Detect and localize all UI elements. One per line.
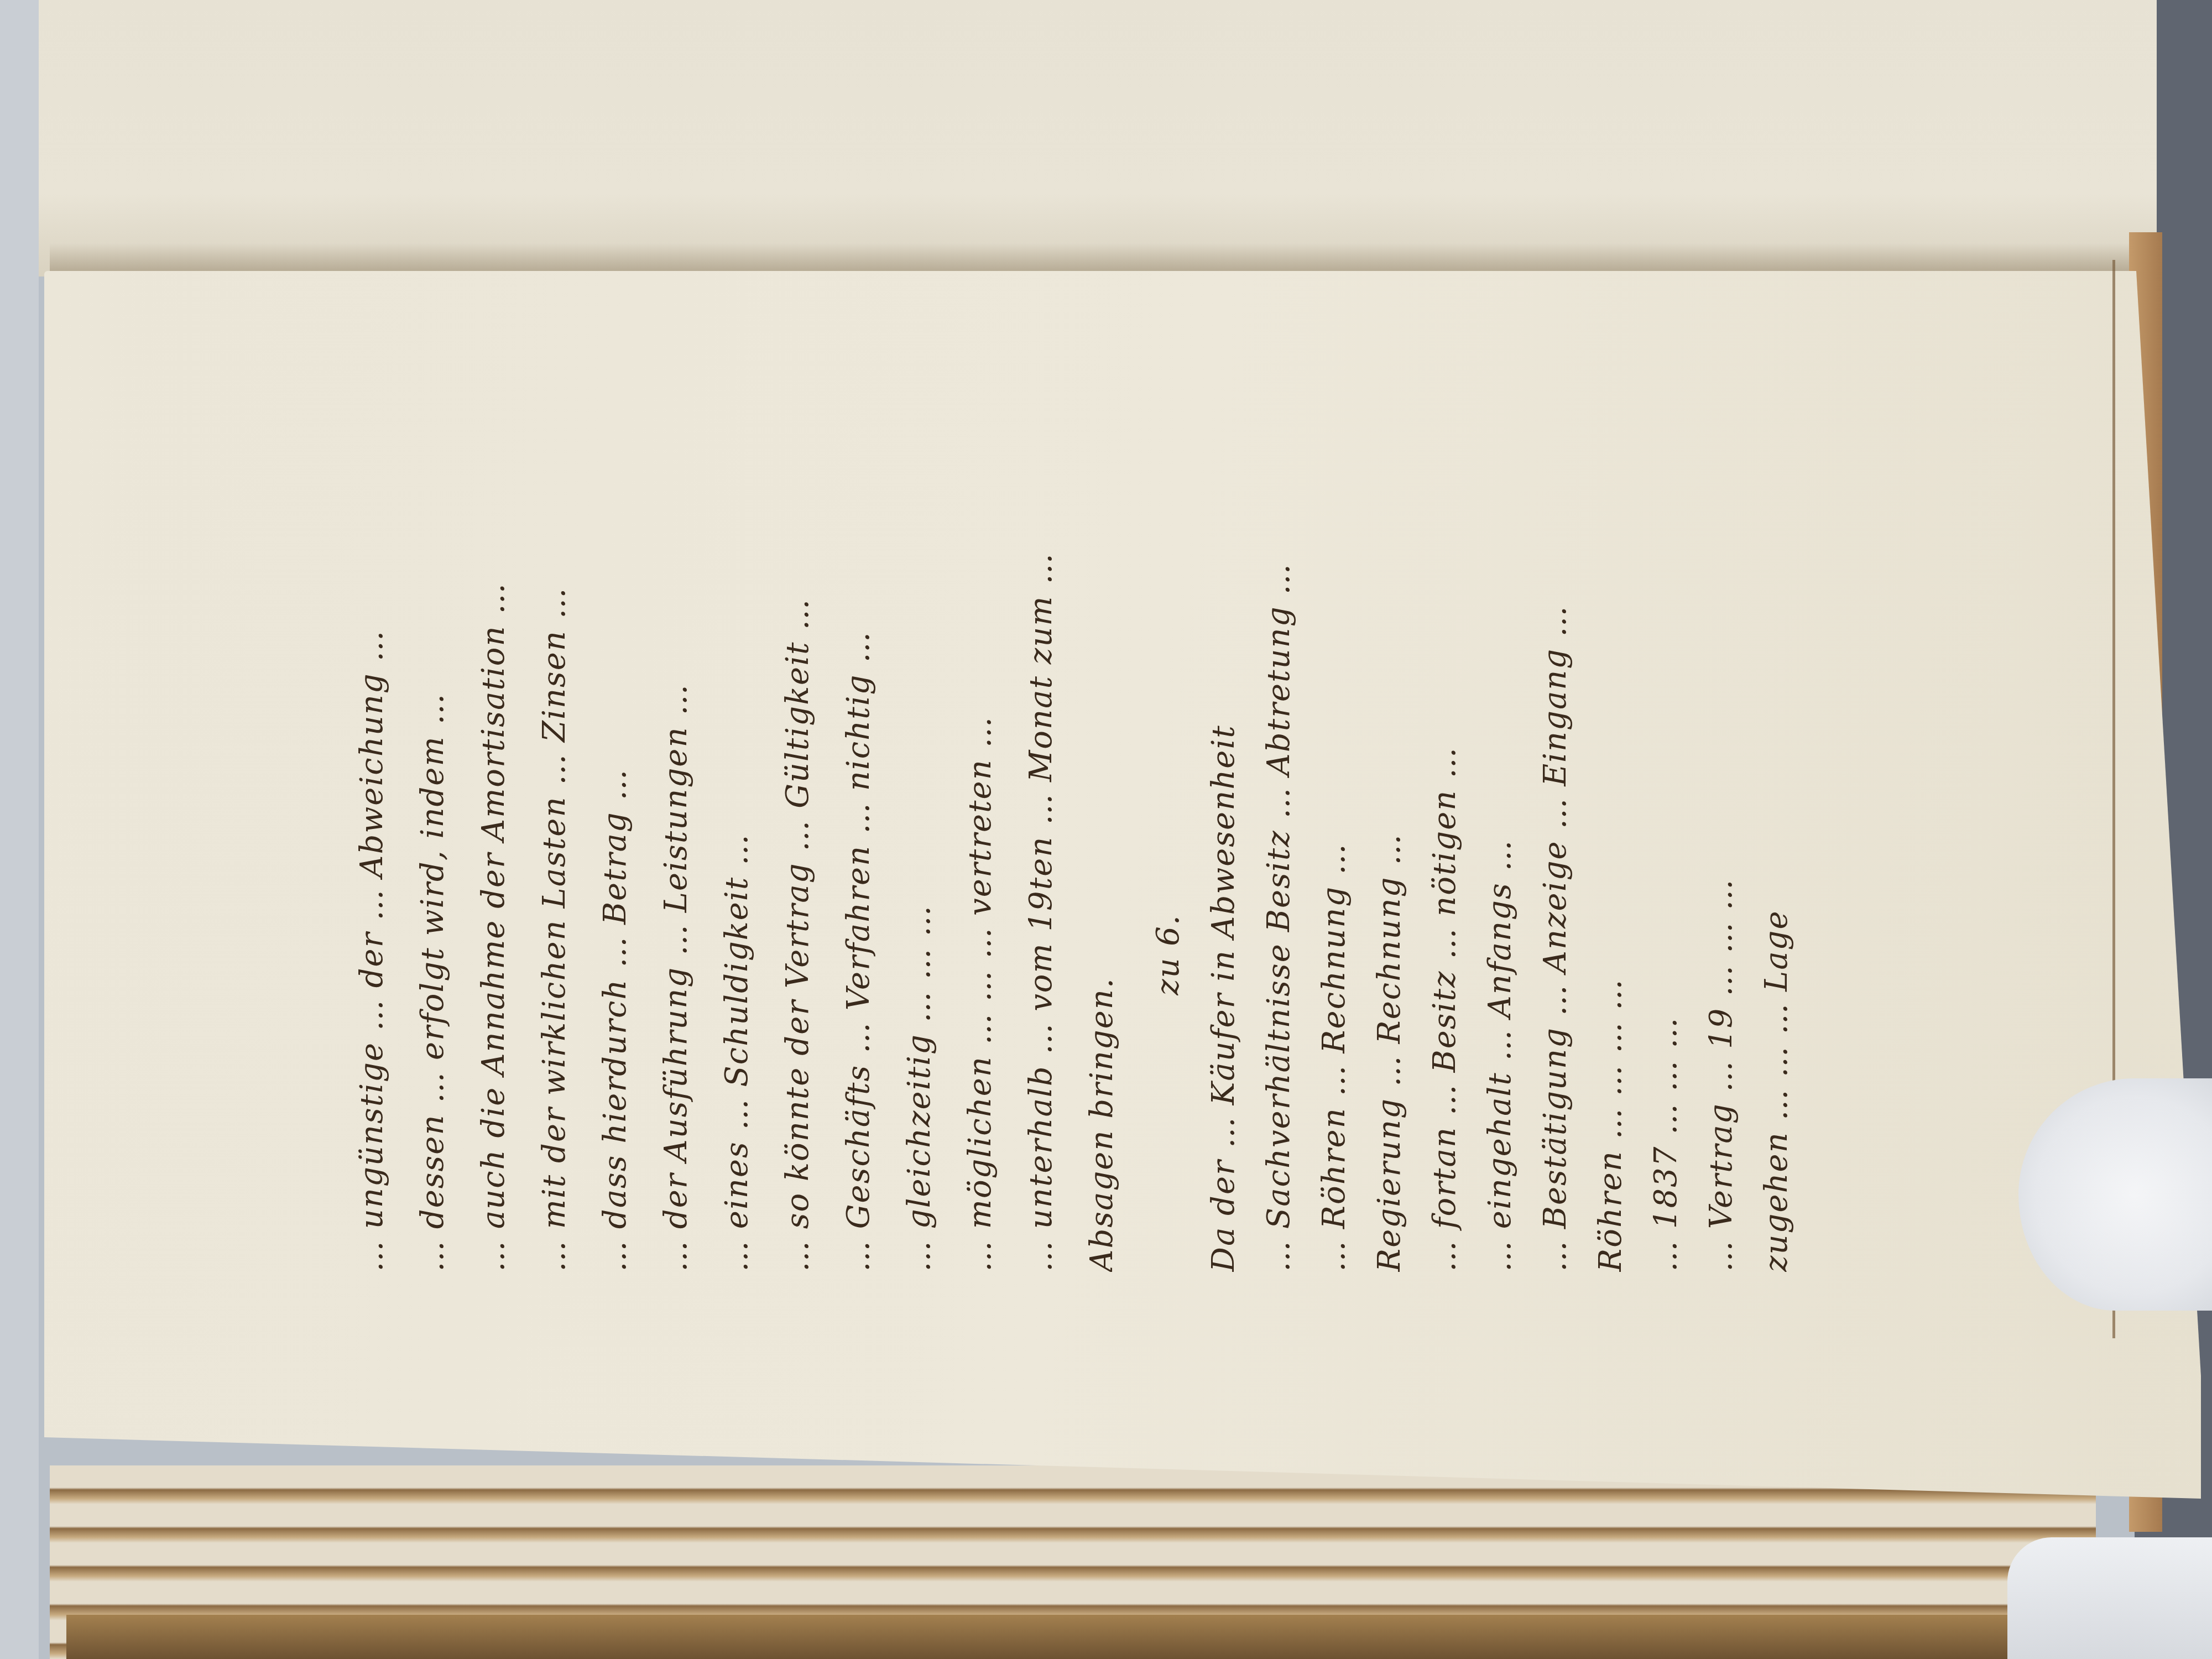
text-line: … möglichen … … … vertreten … <box>962 276 1001 1272</box>
section-heading: zu 6. <box>1150 774 1189 995</box>
text-line: … dass hierdurch … Betrag … <box>597 276 636 1272</box>
white-glove-lower <box>2007 1537 2212 1659</box>
text-line: … auch die Annahme der Amortisation … <box>476 276 514 1272</box>
gutter-shadow <box>50 243 2140 271</box>
text-line: … eingehalt … Anfangs … <box>1482 276 1521 1272</box>
text-line: zugehen … … … Lage <box>1759 276 1797 1272</box>
text-line: Röhren … … … … <box>1593 276 1631 1272</box>
handwritten-text-lower: Da der … Käufer in Abwesenheit … Sachver… <box>1206 276 1814 1272</box>
text-line: Absagen bringen. <box>1084 276 1123 1272</box>
text-line: … gleichzeitig … … … <box>901 276 940 1272</box>
text-line: … der Ausführung … Leistungen … <box>658 276 697 1272</box>
text-line: Da der … Käufer in Abwesenheit <box>1206 276 1244 1272</box>
text-line: … Vertrag … 19 … … … <box>1703 276 1742 1272</box>
text-line: … Röhren … Rechnung … <box>1316 276 1355 1272</box>
text-line: … eines … Schuldigkeit … <box>719 276 758 1272</box>
text-line: … 1837 … … … <box>1648 276 1687 1272</box>
background-left <box>0 0 39 1659</box>
text-line: … Geschäfts … Verfahren … nichtig … <box>841 276 879 1272</box>
text-line: … Bestätigung … Anzeige … Eingang … <box>1537 276 1576 1272</box>
facing-page-blank <box>39 0 2157 276</box>
handwritten-text-upper: … ungünstige … der … Abweichung … … dess… <box>354 276 1145 1272</box>
text-line: Regierung … Rechnung … <box>1371 276 1410 1272</box>
text-line: … unterhalb … vom 19ten … Monat zum … <box>1023 276 1062 1272</box>
text-line: … mit der wirklichen Lasten … Zinsen … <box>536 276 575 1272</box>
text-line: … dessen … erfolgt wird, indem … <box>415 276 453 1272</box>
text-line: … ungünstige … der … Abweichung … <box>354 276 393 1272</box>
text-line: … fortan … Besitz … nötigen … <box>1427 276 1465 1272</box>
book-bottom-edge <box>66 1615 2057 1659</box>
text-line: … so könnte der Vertrag … Gültigkeit … <box>780 276 818 1272</box>
text-line: … Sachverhältnisse Besitz … Abtretung … <box>1261 276 1300 1272</box>
